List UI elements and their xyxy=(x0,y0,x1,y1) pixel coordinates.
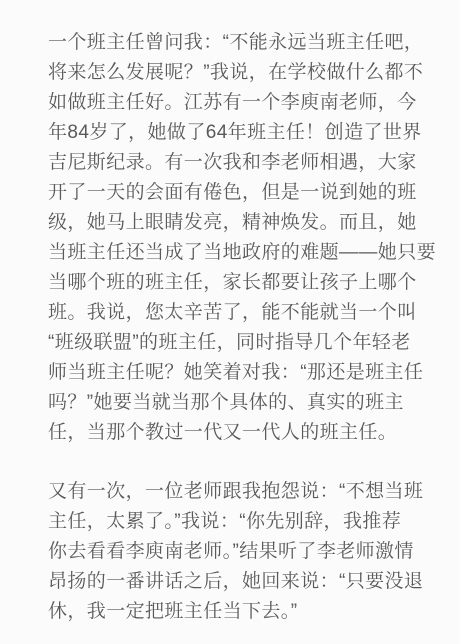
paragraph-1: 一个班主任曾问我：“不能永远当班主任吧， 将来怎么发展呢？”我说，在学校做什么都… xyxy=(48,28,439,448)
paragraph-2: 又有一次，一位老师跟我抱怨说：“不想当班 主任，太累了。”我说：“你先别辞，我推… xyxy=(48,477,439,627)
article-page: 一个班主任曾问我：“不能永远当班主任吧， 将来怎么发展呢？”我说，在学校做什么都… xyxy=(0,0,459,644)
